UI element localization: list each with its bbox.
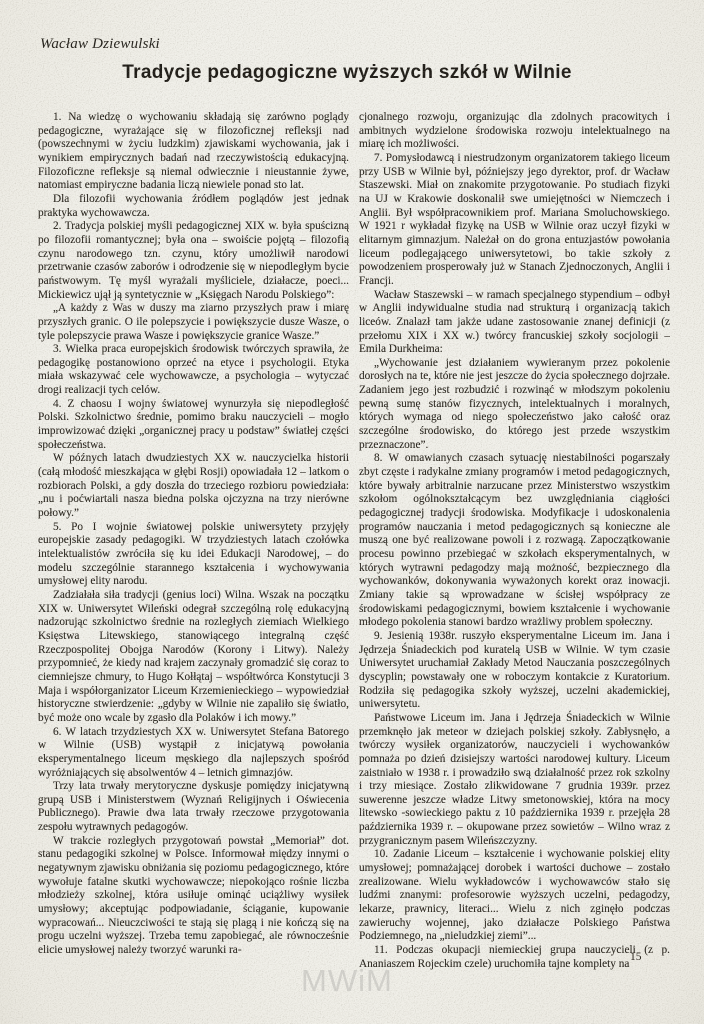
paragraph: 8. W omawianych czasach sytuację niestab… (359, 452, 670, 630)
paragraph: cjonalnego rozwoju, organizując dla zdol… (359, 111, 670, 152)
paragraph: 10. Zadanie Liceum – kształcenie i wycho… (359, 848, 670, 944)
paragraph: „Wychowanie jest działaniem wywieranym p… (359, 357, 670, 453)
paragraph: 4. Z chaosu I wojny światowej wynurzyła … (38, 398, 349, 453)
watermark: MWiM (301, 963, 393, 999)
paragraph: 2. Tradycja polskiej myśli pedagogicznej… (38, 220, 349, 302)
page-number: 15 (630, 951, 642, 963)
paragraph: 1. Na wiedzę o wychowaniu składają się z… (38, 111, 349, 193)
paragraph: Wacław Staszewski – w ramach specjalnego… (359, 289, 670, 357)
article-body: 1. Na wiedzę o wychowaniu składają się z… (38, 111, 670, 993)
paragraph: Państwowe Liceum im. Jana i Jędrzeja Śni… (359, 712, 670, 849)
paragraph: W trakcie rozległych przygotowań powstał… (38, 835, 349, 958)
paragraph: Zadziałała siła tradycji (genius loci) W… (38, 589, 349, 726)
paragraph: W późnych latach dwudziestych XX w. nauc… (38, 452, 349, 520)
author-name: Wacław Dziewulski (40, 36, 160, 53)
article-title: Tradycje pedagogiczne wyższych szkół w W… (0, 62, 694, 84)
paragraph: „A każdy z Was w duszy ma ziarno przyszł… (38, 302, 349, 343)
paragraph: 3. Wielka praca europejskich środowisk t… (38, 343, 349, 398)
left-column: 1. Na wiedzę o wychowaniu składają się z… (38, 111, 349, 993)
paragraph: Trzy lata trwały merytoryczne dyskusje p… (38, 780, 349, 835)
paragraph: 7. Pomysłodawcą i niestrudzonym organiza… (359, 152, 670, 289)
paragraph: Dla filozofii wychowania źródłem poglądó… (38, 193, 349, 220)
paragraph: 5. Po I wojnie światowej polskie uniwers… (38, 521, 349, 589)
paragraph: 6. W latach trzydziestych XX w. Uniwersy… (38, 726, 349, 781)
paragraph: 9. Jesienią 1938r. ruszyło eksperymental… (359, 630, 670, 712)
paragraph: 11. Podczas okupacji niemieckiej grupa n… (359, 944, 670, 971)
right-column: cjonalnego rozwoju, organizując dla zdol… (359, 111, 670, 993)
scanned-page: Wacław Dziewulski Tradycje pedagogiczne … (0, 0, 704, 1024)
